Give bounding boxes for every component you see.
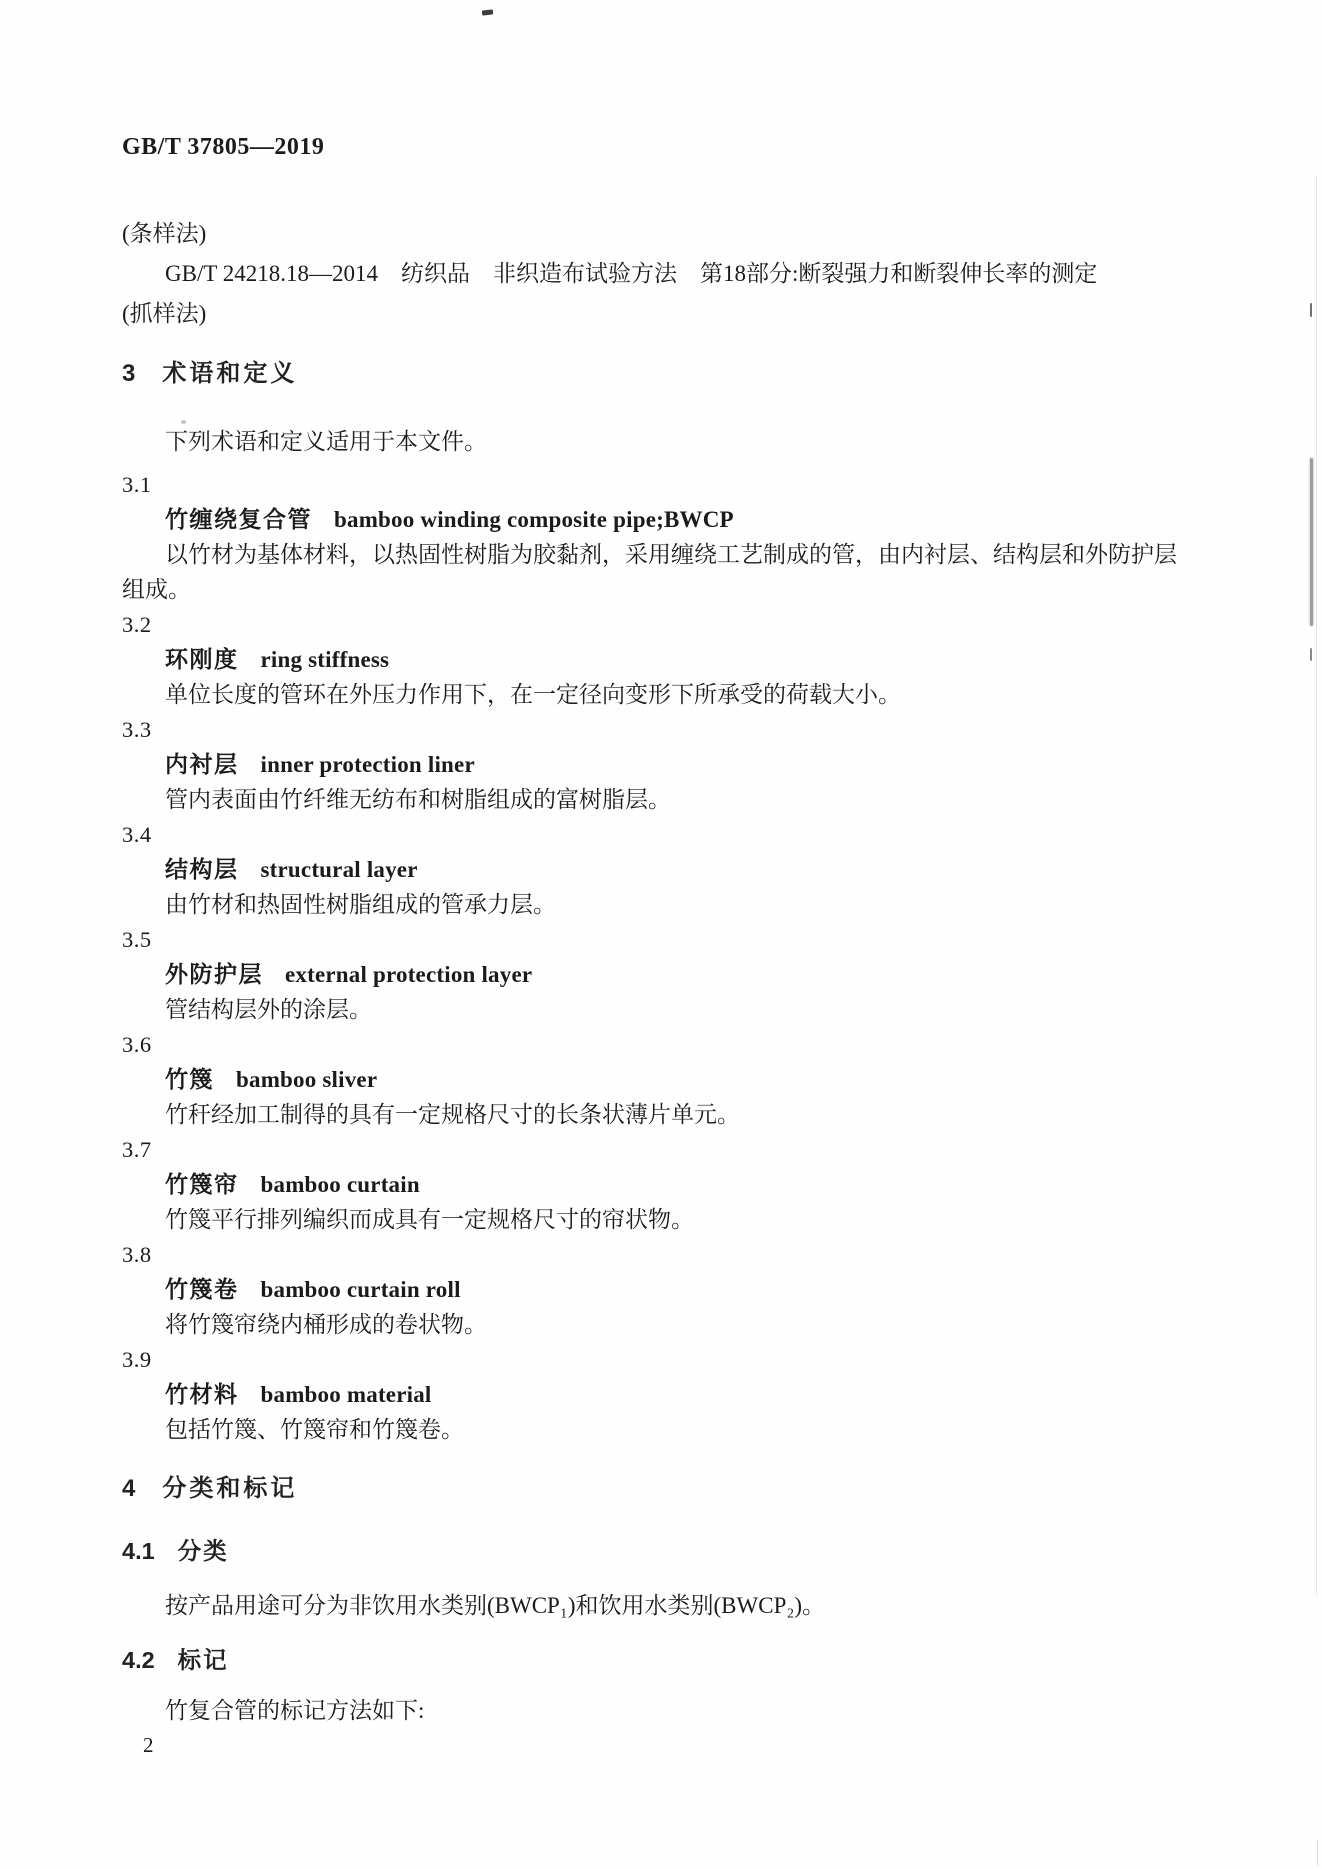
terms-lead-sentence: 下列术语和定义适用于本文件。	[122, 424, 1202, 459]
term-zh: 结构层	[165, 856, 239, 882]
term-definition: 管内表面由竹纤维无纺布和树脂组成的富树脂层。	[122, 782, 1185, 817]
term-zh: 竹篾帘	[165, 1171, 239, 1197]
page-content: GB/T 37805—2019 (条样法) GB/T 24218.18—2014…	[122, 0, 1202, 1763]
subsection-title: 标记	[178, 1647, 229, 1673]
term-heading: 外防护层external protection layer	[122, 957, 1202, 992]
intro-line-1: (条样法)	[122, 214, 1202, 254]
term-heading: 竹篾卷bamboo curtain roll	[122, 1272, 1202, 1307]
term-number: 3.1	[122, 467, 1202, 502]
term-zh: 竹缠绕复合管	[165, 506, 312, 532]
term-zh: 环刚度	[165, 646, 239, 672]
terms-list: 3.1 竹缠绕复合管bamboo winding composite pipe;…	[122, 467, 1202, 1447]
subsection-4-2-body: 竹复合管的标记方法如下:	[122, 1693, 1202, 1728]
section-title: 分类和标记	[162, 1475, 297, 1502]
term-item-3-5: 3.5 外防护层external protection layer 管结构层外的…	[122, 922, 1202, 1027]
term-heading: 内衬层inner protection liner	[122, 747, 1202, 782]
subsection-4-1-heading: 4.1分类	[122, 1534, 1202, 1569]
term-definition: 单位长度的管环在外压力作用下，在一定径向变形下所承受的荷载大小。	[122, 677, 1185, 712]
subsection-4-1-body: 按产品用途可分为非饮用水类别(BWCP₁)和饮用水类别(BWCP₂)。	[122, 1588, 1202, 1623]
term-en: structural layer	[261, 857, 418, 882]
section-3-heading: 3术语和定义	[122, 356, 1202, 391]
term-en: bamboo curtain roll	[261, 1277, 461, 1302]
term-heading: 竹材料bamboo material	[122, 1377, 1202, 1412]
page-edge-line	[1316, 175, 1317, 1595]
subsection-number: 4.1	[122, 1538, 155, 1564]
term-item-3-6: 3.6 竹篾bamboo sliver 竹秆经加工制得的具有一定规格尺寸的长条状…	[122, 1027, 1202, 1132]
page-edge-mark	[1310, 648, 1312, 661]
term-number: 3.6	[122, 1027, 1202, 1062]
term-number: 3.4	[122, 817, 1202, 852]
term-definition: 由竹材和热固性树脂组成的管承力层。	[122, 887, 1185, 922]
term-en: bamboo curtain	[261, 1172, 420, 1197]
section-4-heading: 4分类和标记	[122, 1471, 1202, 1506]
term-zh: 竹篾卷	[165, 1276, 239, 1302]
term-heading: 竹篾bamboo sliver	[122, 1062, 1202, 1097]
term-en: external protection layer	[285, 962, 532, 987]
term-number: 3.7	[122, 1132, 1202, 1167]
term-en: bamboo material	[261, 1382, 432, 1407]
term-number: 3.9	[122, 1342, 1202, 1377]
section-title: 术语和定义	[162, 360, 297, 387]
term-definition: 以竹材为基体材料，以热固性树脂为胶黏剂，采用缠绕工艺制成的管，由内衬层、结构层和…	[122, 537, 1185, 607]
term-definition: 竹篾平行排列编织而成具有一定规格尺寸的帘状物。	[122, 1202, 1185, 1237]
term-item-3-7: 3.7 竹篾帘bamboo curtain 竹篾平行排列编织而成具有一定规格尺寸…	[122, 1132, 1202, 1237]
term-definition: 包括竹篾、竹篾帘和竹篾卷。	[122, 1412, 1185, 1447]
intro-line-3: (抓样法)	[122, 294, 1202, 334]
term-heading: 竹篾帘bamboo curtain	[122, 1167, 1202, 1202]
term-zh: 外防护层	[165, 961, 263, 987]
term-number: 3.3	[122, 712, 1202, 747]
document-page: GB/T 37805—2019 (条样法) GB/T 24218.18—2014…	[0, 0, 1322, 1869]
term-zh: 竹篾	[165, 1066, 214, 1092]
term-heading: 竹缠绕复合管bamboo winding composite pipe;BWCP	[122, 502, 1202, 537]
term-zh: 竹材料	[165, 1381, 239, 1407]
page-edge-mark	[1310, 458, 1313, 626]
term-item-3-1: 3.1 竹缠绕复合管bamboo winding composite pipe;…	[122, 467, 1202, 607]
term-definition: 竹秆经加工制得的具有一定规格尺寸的长条状薄片单元。	[122, 1097, 1185, 1132]
page-edge-mark	[1310, 303, 1312, 317]
intro-line-2: GB/T 24218.18—2014 纺织品 非织造布试验方法 第18部分:断裂…	[122, 254, 1202, 294]
section-number: 4	[122, 1475, 135, 1502]
subsection-number: 4.2	[122, 1647, 155, 1673]
page-number: 2	[143, 1728, 1202, 1763]
term-item-3-3: 3.3 内衬层inner protection liner 管内表面由竹纤维无纺…	[122, 712, 1202, 817]
term-item-3-4: 3.4 结构层structural layer 由竹材和热固性树脂组成的管承力层…	[122, 817, 1202, 922]
term-item-3-2: 3.2 环刚度ring stiffness 单位长度的管环在外压力作用下，在一定…	[122, 607, 1202, 712]
term-en: ring stiffness	[261, 647, 390, 672]
subsection-title: 分类	[178, 1538, 229, 1564]
term-number: 3.5	[122, 922, 1202, 957]
section-number: 3	[122, 360, 135, 387]
term-item-3-9: 3.9 竹材料bamboo material 包括竹篾、竹篾帘和竹篾卷。	[122, 1342, 1202, 1447]
intro-references: (条样法) GB/T 24218.18—2014 纺织品 非织造布试验方法 第1…	[122, 214, 1202, 334]
term-en: inner protection liner	[261, 752, 475, 777]
term-number: 3.8	[122, 1237, 1202, 1272]
term-item-3-8: 3.8 竹篾卷bamboo curtain roll 将竹篾帘绕内桶形成的卷状物…	[122, 1237, 1202, 1342]
term-number: 3.2	[122, 607, 1202, 642]
term-en: bamboo sliver	[236, 1067, 377, 1092]
standard-code: GB/T 37805—2019	[122, 130, 1202, 165]
term-heading: 结构层structural layer	[122, 852, 1202, 887]
term-heading: 环刚度ring stiffness	[122, 642, 1202, 677]
term-zh: 内衬层	[165, 751, 239, 777]
page-edge-mark	[1317, 1840, 1319, 1866]
subsection-4-2-heading: 4.2标记	[122, 1643, 1202, 1678]
term-en: bamboo winding composite pipe;BWCP	[334, 507, 734, 532]
term-definition: 将竹篾帘绕内桶形成的卷状物。	[122, 1307, 1185, 1342]
term-definition: 管结构层外的涂层。	[122, 992, 1185, 1027]
